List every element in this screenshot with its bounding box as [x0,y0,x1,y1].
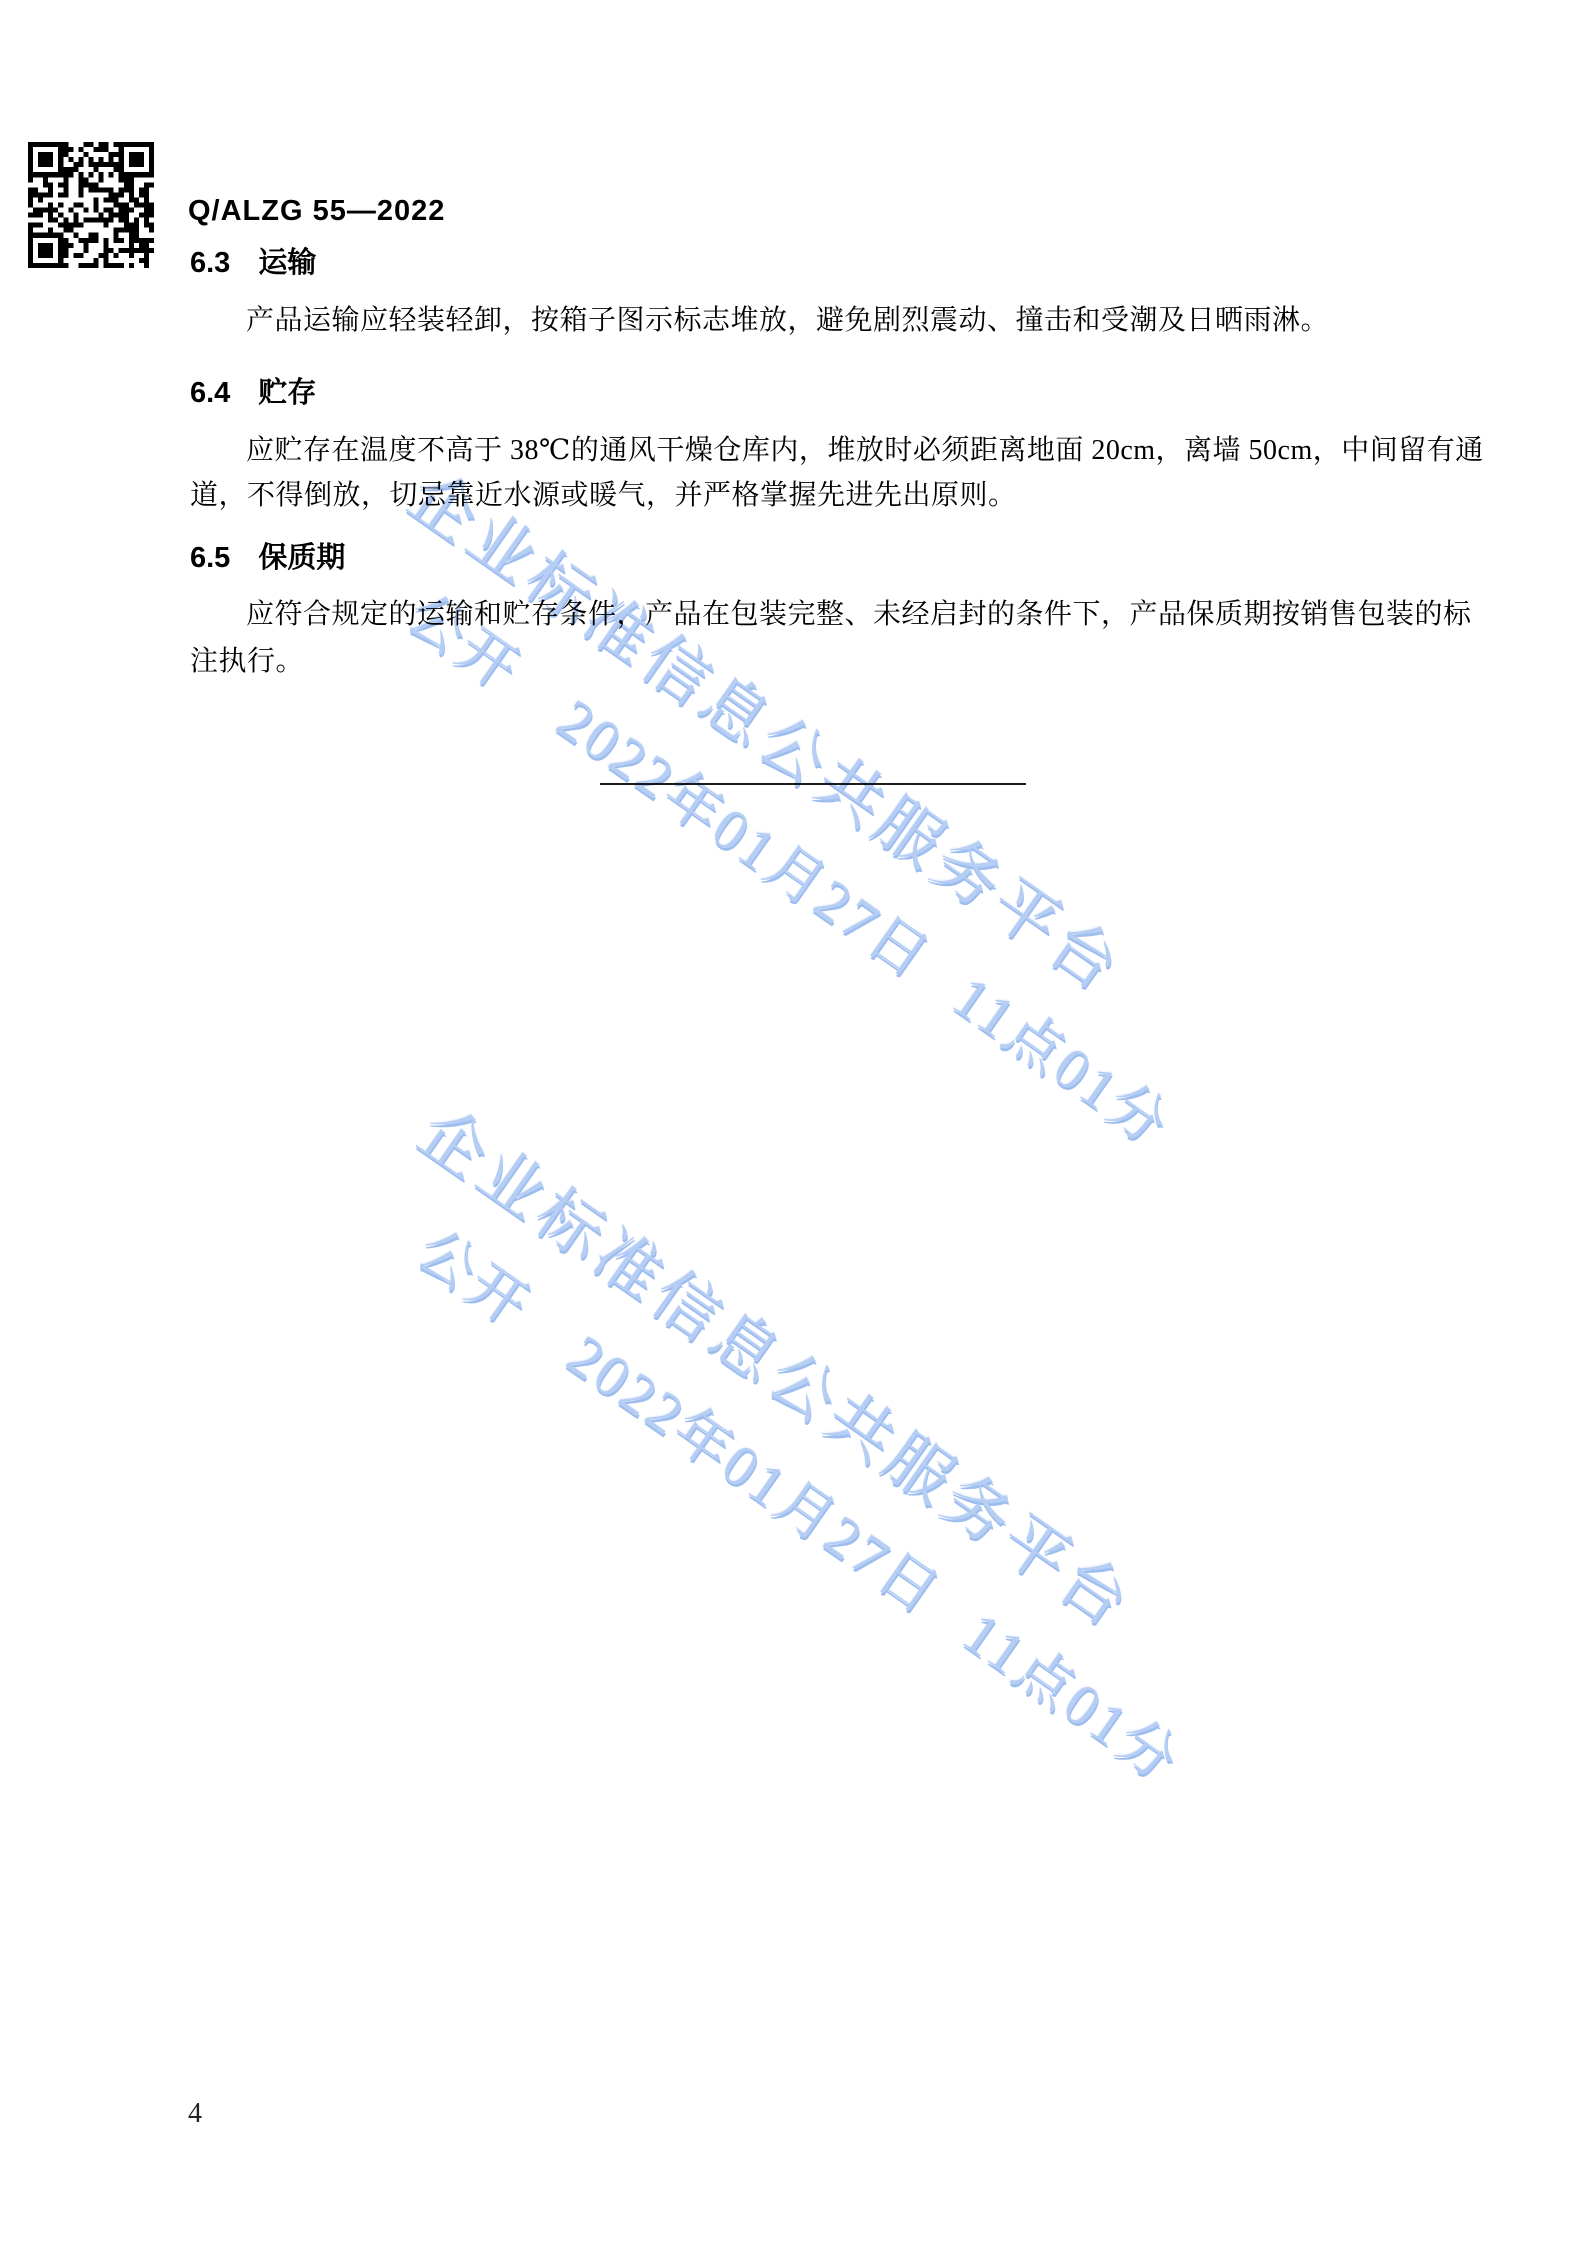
paragraph-line: 道，不得倒放，切忌靠近水源或暖气，并严格掌握先进先出原则。 [190,482,1017,510]
section-title: 运输 [258,247,316,279]
section-number: 6.3 [190,247,230,279]
page-number: 4 [188,2100,202,2128]
document-page: Q/ALZG 55—2022 6.3运输 产品运输应轻装轻卸，按箱子图示标志堆放… [0,0,1588,2245]
watermark-stamp-upper: 公开2022年01月27日11点01分 [397,584,1180,1156]
section-title: 贮存 [258,377,316,409]
watermark-time: 11点01分 [951,1599,1191,1794]
section-number: 6.4 [190,377,230,409]
paragraph-line: 产品运输应轻装轻卸，按箱子图示标志堆放，避免剧烈震动、撞击和受潮及日晒雨淋。 [190,307,1329,335]
paragraph-line: 应贮存在温度不高于 38℃的通风干燥仓库内，堆放时必须距离地面 20cm，离墙 … [190,437,1484,465]
section-number: 6.5 [190,542,230,574]
horizontal-divider [600,783,1026,785]
section-heading-6-4: 6.4贮存 [190,379,316,408]
paragraph-line: 应符合规定的运输和贮存条件，产品在包装完整、未经启封的条件下，产品保质期按销售包… [190,601,1472,629]
qr-code-icon [28,142,154,268]
section-title: 保质期 [258,542,345,574]
paragraph-line: 注执行。 [190,648,304,676]
watermark-stamp-lower: 公开2022年01月27日11点01分 [407,1220,1190,1792]
watermark-time: 11点01分 [941,963,1181,1158]
watermark-date: 2022年01月27日 [546,686,943,991]
watermark-date: 2022年01月27日 [556,1322,953,1627]
section-heading-6-3: 6.3运输 [190,249,316,278]
watermark-platform-text-upper: 企业标准信息公共服务平台 [397,462,1133,1005]
watermark-platform-text-lower: 企业标准信息公共服务平台 [407,1098,1143,1641]
section-heading-6-5: 6.5保质期 [190,544,345,573]
watermark-public-label: 公开 [405,1217,542,1340]
doc-code-header: Q/ALZG 55—2022 [188,197,445,226]
